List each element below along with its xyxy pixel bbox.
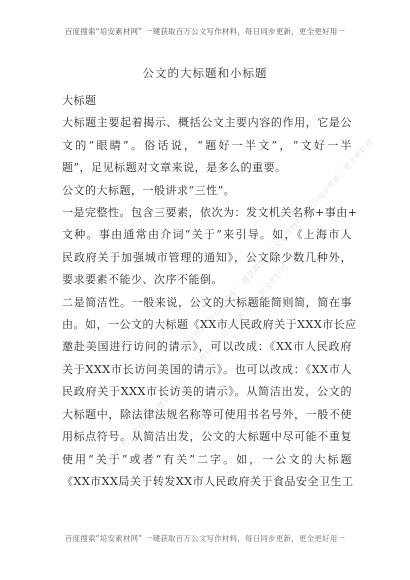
text-line: 关于XXX市长访问美国的请示》。也可以改成：《XX市人 [62, 359, 352, 381]
text-line: 用标点符号。从简洁出发，公文的大标题中尽可能不重复 [62, 426, 352, 448]
text-line: 要求要素不能少、次序不能倒。 [62, 269, 352, 291]
text-line: 使用“关于”或者“有关”二字。如，一公文的大标题 [62, 449, 352, 471]
text-line: 文的“眼睛”。俗话说，“题好一半文”，“文好一半 [62, 135, 352, 157]
document-title: 公文的大标题和小标题 [0, 65, 410, 81]
text-line: 大标题主要起着揭示、概括公文主要内容的作用，它是公 [62, 112, 352, 134]
page-header-banner: 百度搜索“培安素材网” 一键获取百万公文写作材料，每日同步更新，更全更好用一 [0, 26, 410, 37]
section-heading: 大标题 [62, 90, 352, 112]
text-line: 二是简洁性。一般来说，公文的大标题能简则简，简在事 [62, 292, 352, 314]
page-footer-banner: 百度搜索“培安素材网” 一键获取百万公文写作材料，每日同步更新，更全更好用一 [0, 533, 410, 544]
document-body: 大标题 大标题主要起着揭示、概括公文主要内容的作用，它是公 文的“眼睛”。俗话说… [62, 90, 352, 493]
text-line: 邀赴美国进行访问的请示》，可以改成：《XX市人民政府 [62, 336, 352, 358]
text-line: 大标题中，除法律法规名称等可使用书名号外，一般不使 [62, 404, 352, 426]
text-line: 文种。事由通常由介词“关于”来引导。如，《上海市人 [62, 224, 352, 246]
text-line: 公文的大标题，一般讲求“三性”。 [62, 180, 352, 202]
text-line: 民政府关于加强城市管理的通知》，公文除少数几种外， [62, 247, 352, 269]
text-line: 由。如，一公文的大标题《XX市人民政府关于XXX市长应 [62, 314, 352, 336]
text-line: 《XX市XX局关于转发XX市人民政府关于食品安全卫生工 [62, 471, 352, 493]
text-line: 一是完整性。包含三要素，依次为：发文机关名称+事由+ [62, 202, 352, 224]
text-line: 民政府关于XXX市长访美的请示》。从简洁出发，公文的 [62, 381, 352, 403]
document-page: 百度搜索“培安素材网”一键获取百万公文写作材料，每日同步更新，更全更好用 百度搜… [0, 0, 410, 580]
text-line: 题”，足见标题对文章来说，是多么的重要。 [62, 157, 352, 179]
